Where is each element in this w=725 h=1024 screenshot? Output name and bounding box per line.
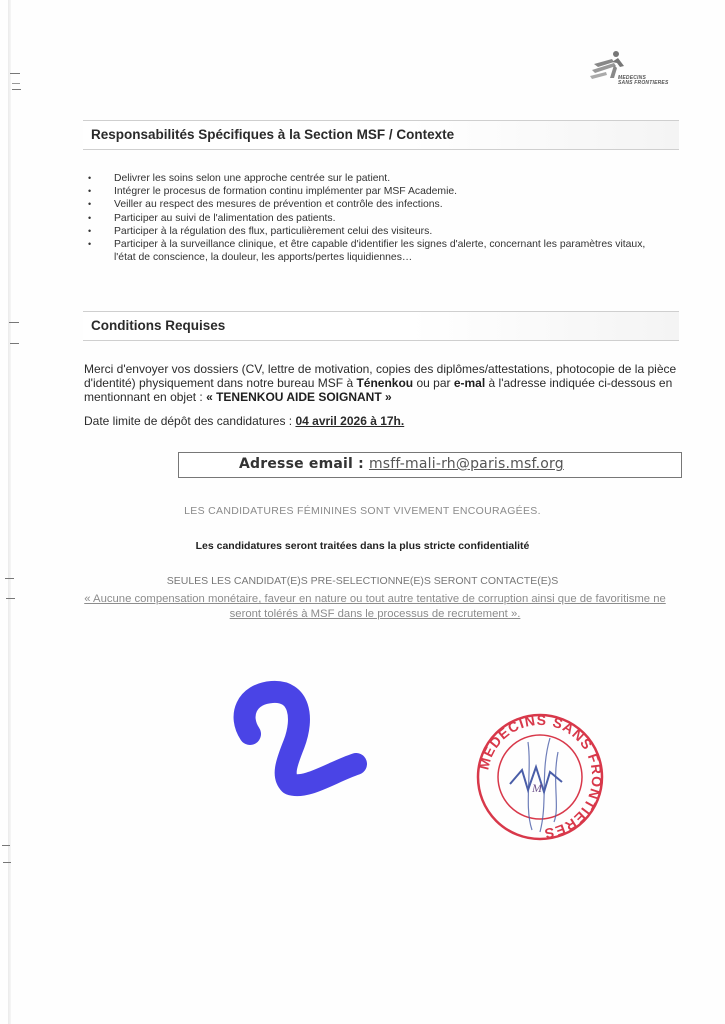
edge-mark: [12, 89, 21, 90]
section-title: Responsabilités Spécifiques à la Section…: [91, 127, 454, 142]
shortlist-contact-notice: SEULES LES CANDIDAT(E)S PRE-SELECTIONNE(…: [0, 575, 725, 587]
email-label: Adresse email :: [239, 456, 369, 472]
instructions-text: ou par: [413, 376, 454, 390]
women-encouraged-notice: LES CANDIDATURES FÉMININES SONT VIVEMENT…: [0, 505, 725, 517]
edge-mark: [3, 862, 11, 863]
handwritten-number-2: [222, 672, 382, 832]
list-item: Participer à la surveillance clinique, e…: [88, 238, 658, 264]
location-name: Ténenkou: [356, 376, 413, 390]
list-item: Intégrer le procesus de formation contin…: [88, 185, 658, 198]
logo-line-2: SANS FRONTIERES: [618, 81, 669, 86]
email-address-box: Adresse email : msff-mali-rh@paris.msf.o…: [178, 452, 682, 478]
edge-mark: [9, 322, 19, 323]
email-link[interactable]: msff-mali-rh@paris.msf.org: [369, 456, 564, 472]
svg-text:M: M: [531, 781, 543, 795]
deadline-date: 04 avril 2026 à 17h.: [295, 414, 404, 428]
deadline-label: Date limite de dépôt des candidatures :: [84, 414, 295, 428]
anti-corruption-notice: « Aucune compensation monétaire, faveur …: [80, 592, 670, 622]
section-header-responsibilities: Responsabilités Spécifiques à la Section…: [83, 120, 679, 150]
edge-mark: [6, 598, 15, 599]
list-item: Participer à la régulation des flux, par…: [88, 225, 658, 238]
document-page: MEDECINS SANS FRONTIERES Responsabilités…: [0, 0, 725, 1024]
list-item: Participer au suivi de l'alimentation de…: [88, 212, 658, 225]
section-title: Conditions Requises: [91, 318, 225, 333]
section-header-conditions: Conditions Requises: [83, 311, 679, 341]
responsibilities-list: Delivrer les soins selon une approche ce…: [88, 172, 658, 264]
confidentiality-notice: Les candidatures seront traitées dans la…: [0, 540, 725, 552]
deadline: Date limite de dépôt des candidatures : …: [84, 414, 404, 428]
svg-text:MEDECINS SANS FRONTIERES: MEDECINS SANS FRONTIERES: [475, 712, 605, 842]
msf-logo: MEDECINS SANS FRONTIERES: [590, 50, 680, 90]
application-instructions: Merci d'envoyer vos dossiers (CV, lettre…: [84, 362, 684, 404]
email-subject: « TENENKOU AIDE SOIGNANT »: [206, 390, 392, 404]
edge-mark: [12, 83, 20, 84]
list-item: Delivrer les soins selon une approche ce…: [88, 172, 658, 185]
edge-mark: [2, 845, 10, 846]
email-word: e-mal: [454, 376, 485, 390]
msf-stamp: MEDECINS SANS FRONTIERES M: [470, 712, 610, 842]
list-item: Veiller au respect des mesures de préven…: [88, 198, 658, 211]
edge-mark: [10, 73, 20, 74]
edge-mark: [10, 343, 19, 344]
